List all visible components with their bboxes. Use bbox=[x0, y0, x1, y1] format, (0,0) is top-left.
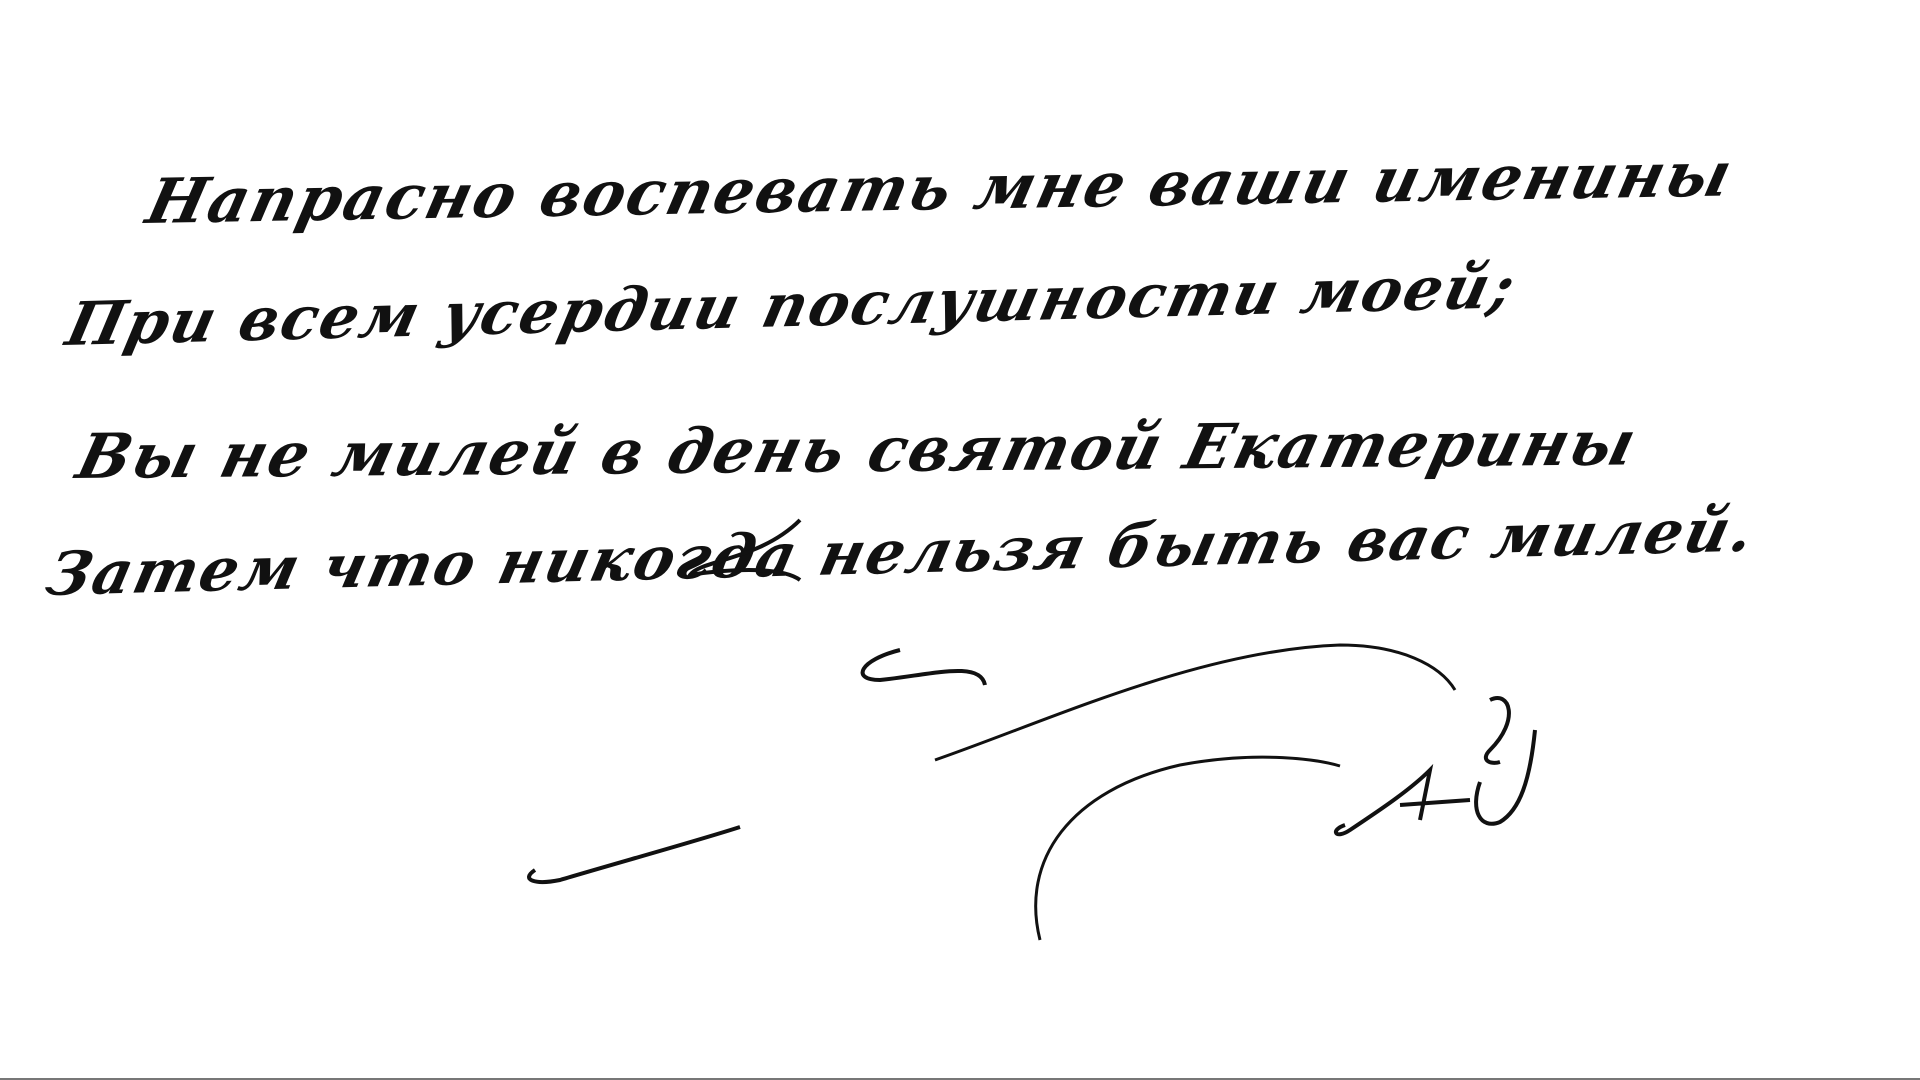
signature-sweep-upper bbox=[935, 645, 1455, 760]
manuscript-page: Напрасно воспевать мне ваши именины При … bbox=[0, 0, 1920, 1080]
descender-loop bbox=[863, 650, 985, 685]
ink-flourishes bbox=[0, 0, 1920, 1080]
signature-sweep-lower bbox=[1036, 757, 1340, 940]
signature-dash bbox=[529, 827, 740, 882]
signature-glyph bbox=[1336, 698, 1535, 834]
descender-flourish bbox=[690, 520, 800, 580]
